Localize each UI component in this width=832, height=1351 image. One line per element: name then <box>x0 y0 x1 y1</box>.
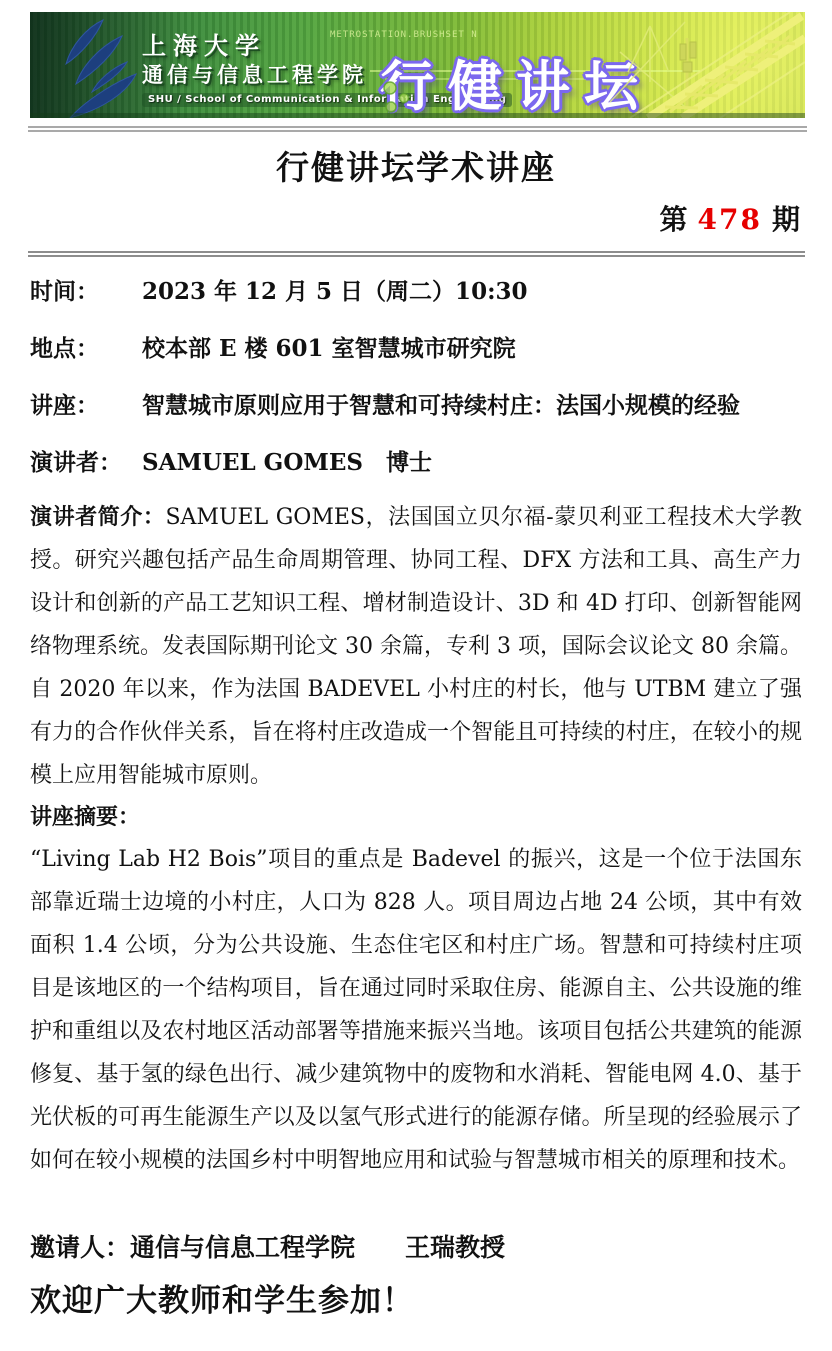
detail-row-speaker: 演讲者：SAMUEL GOMES 博士 <box>30 448 802 478</box>
page-title: 行健讲坛学术讲座 <box>0 148 832 188</box>
issue-line: 第478期 <box>0 203 832 237</box>
communication-towers-illustration <box>590 12 805 118</box>
abstract-paragraph: “Living Lab H2 Bois”项目的重点是 Badevel 的振兴，这… <box>30 838 802 1182</box>
speaker-bio-paragraph: 演讲者简介：SAMUEL GOMES，法国国立贝尔福-蒙贝利亚工程技术大学教授。… <box>30 496 802 797</box>
issue-suffix: 期 <box>772 203 800 236</box>
speaker-bio-text: SAMUEL GOMES，法国国立贝尔福-蒙贝利亚工程技术大学教授。研究兴趣包括… <box>30 505 802 788</box>
time-value: 2023 年 12 月 5 日（周二）10:30 <box>142 278 528 305</box>
shu-logo-icon <box>48 18 148 118</box>
topic-value: 智慧城市原则应用于智慧和可持续村庄：法国小规模的经验 <box>142 392 740 419</box>
detail-row-topic: 讲座：智慧城市原则应用于智慧和可持续村庄：法国小规模的经验 <box>30 391 802 421</box>
abstract-label: 讲座摘要： <box>30 797 802 838</box>
speaker-bio-label: 演讲者简介： <box>30 504 165 530</box>
lecture-notice-page: 上海大学 通信与信息工程学院 SHU / School of Communica… <box>0 12 832 1321</box>
location-label: 地点： <box>30 334 142 364</box>
divider-thin <box>28 126 807 132</box>
inviter-line: 邀请人：通信与信息工程学院 王瑞教授 <box>30 1232 802 1264</box>
issue-prefix: 第 <box>660 203 688 236</box>
detail-row-time: 时间：2023 年 12 月 5 日（周二）10:30 <box>30 277 802 307</box>
inviter-value: 通信与信息工程学院 王瑞教授 <box>130 1233 505 1262</box>
speaker-value: SAMUEL GOMES 博士 <box>142 449 432 476</box>
detail-row-location: 地点：校本部 E 楼 601 室智慧城市研究院 <box>30 334 802 364</box>
banner-dots-decoration <box>382 80 422 116</box>
speaker-label: 演讲者： <box>30 448 142 478</box>
header-banner: 上海大学 通信与信息工程学院 SHU / School of Communica… <box>30 12 805 118</box>
divider-thick <box>28 251 805 257</box>
banner-watermark-text: METROSTATION.BRUSHSET N <box>330 30 478 40</box>
inviter-label: 邀请人： <box>30 1233 130 1262</box>
location-value: 校本部 E 楼 601 室智慧城市研究院 <box>142 335 516 362</box>
issue-number: 478 <box>698 203 762 236</box>
lecture-details: 时间：2023 年 12 月 5 日（周二）10:30 地点：校本部 E 楼 6… <box>30 277 802 478</box>
welcome-line: 欢迎广大教师和学生参加！ <box>30 1281 802 1321</box>
time-label: 时间： <box>30 277 142 307</box>
topic-label: 讲座： <box>30 391 142 421</box>
